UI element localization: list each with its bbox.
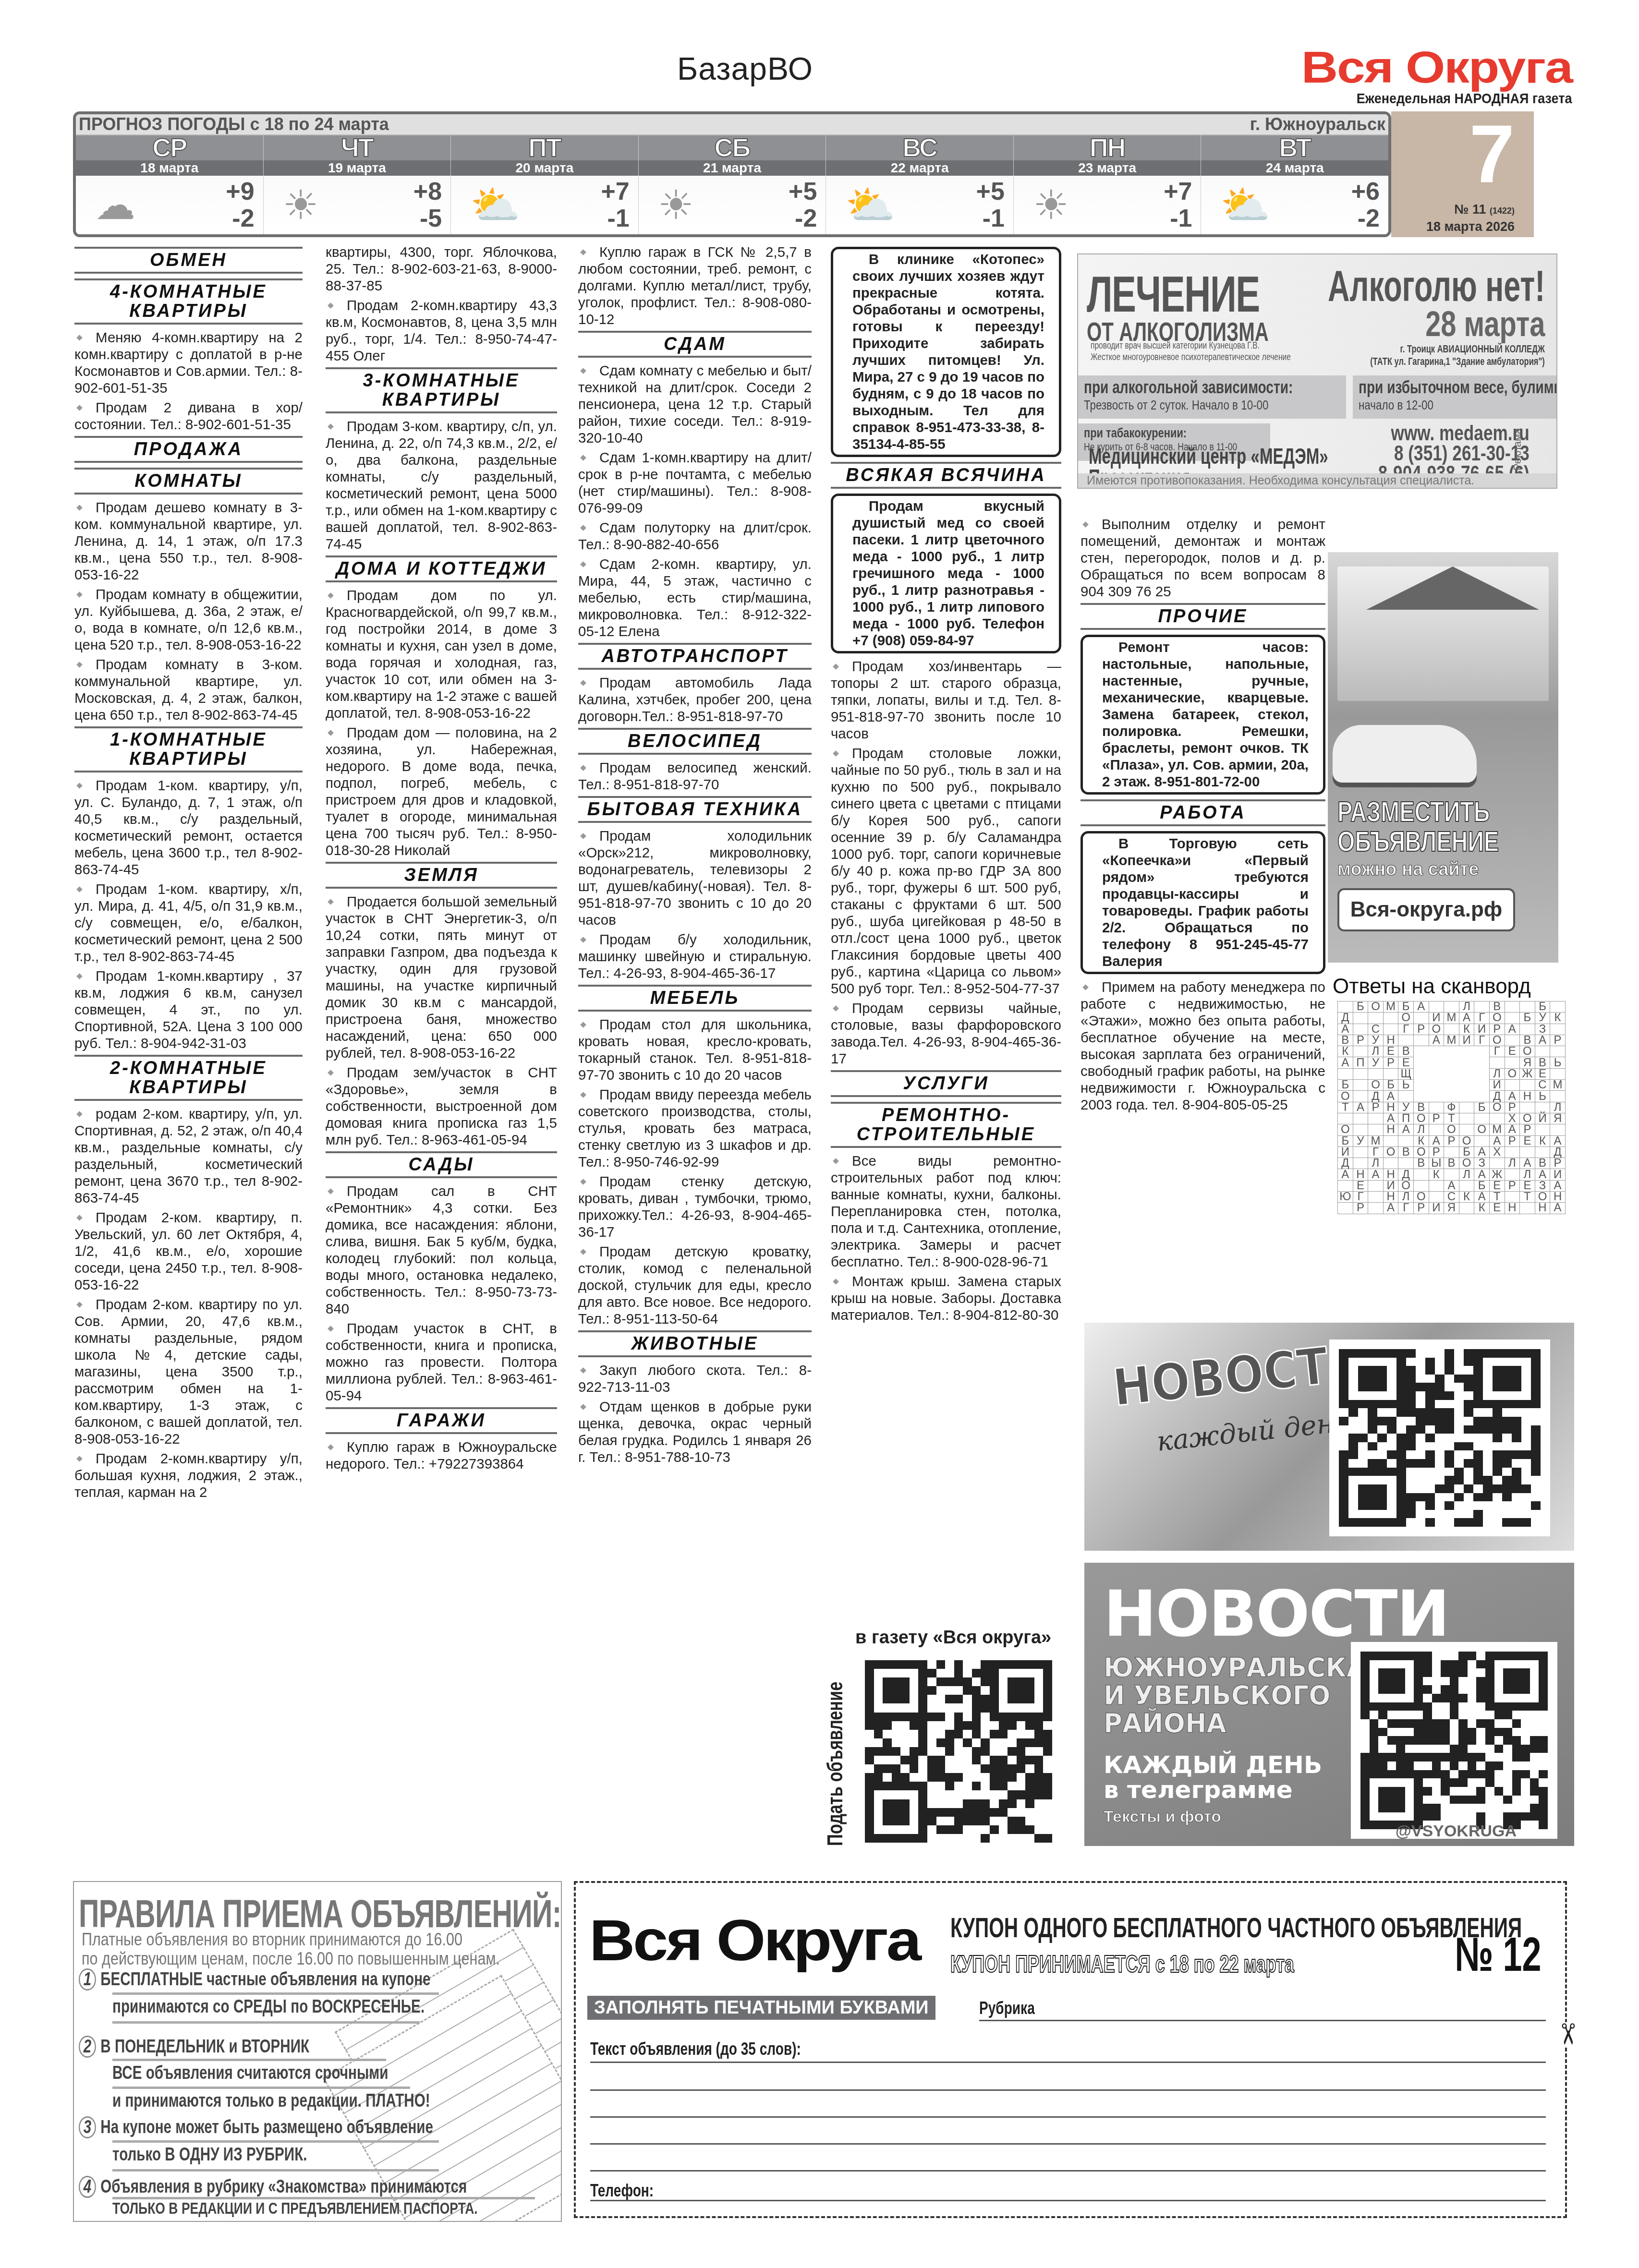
site-promo-ad[interactable]: РАЗМЕСТИТЬОБЪЯВЛЕНИЕ можно на сайте Вся-…: [1328, 552, 1558, 963]
scanword-cell: [1550, 1068, 1566, 1079]
scanword-cell: Н: [1383, 1102, 1398, 1113]
scanword-cell: Р: [1550, 1158, 1566, 1169]
scanword-cell: А: [1474, 1146, 1490, 1158]
scanword-cell: [1383, 1068, 1398, 1079]
scanword-cell: Л: [1459, 1001, 1474, 1013]
promo-site-button[interactable]: Вся-округа.рф: [1337, 888, 1515, 931]
scanword-cell: Б: [1353, 1001, 1368, 1013]
classified-ad: Продам сервизы чайные, столовые, вазы фа…: [831, 1000, 1061, 1067]
ad-text-label: Текст объявления (до 35 слов):: [590, 2039, 801, 2059]
rubric-heading: ОБМЕН: [74, 247, 303, 274]
weather-day: ЧТ 19 марта ☀ +8-5: [264, 135, 451, 234]
classified-ad: Продам дешево комнату в 3-ком. коммуналь…: [74, 499, 303, 583]
scanword-cell: [1413, 1057, 1429, 1068]
weekday: ВС: [826, 135, 1013, 160]
telegram-handle[interactable]: @VSYOKRUGA: [1396, 1822, 1517, 1841]
partly-cloudy-icon: ⛅: [470, 185, 521, 225]
scanword-cell: [1520, 1102, 1535, 1113]
scanword-cell: [1505, 1080, 1520, 1091]
temp-high: +5: [976, 178, 1005, 205]
scanword-cell: А: [1413, 1001, 1429, 1013]
scanword-cell: О: [1444, 1124, 1459, 1135]
coupon-logo: Вся Округа: [589, 1912, 920, 1969]
scanword-cell: [1474, 1135, 1490, 1146]
scanword-cell: В: [1535, 1158, 1550, 1169]
coupon-dates: КУПОН ПРИНИМАЕТСЯ с 18 по 22 марта: [950, 1950, 1294, 1978]
scanword-cell: Б: [1338, 1135, 1353, 1146]
scanword-cell: [1353, 1046, 1368, 1057]
scanword-cell: Й: [1535, 1113, 1550, 1124]
temp-high: +6: [1351, 178, 1380, 205]
sun-icon: ☀: [283, 185, 319, 225]
column-2: квартиры, 4300, торг. Яблочкова, 25. Тел…: [326, 244, 557, 1475]
scanword-cell: [1413, 1046, 1429, 1057]
classified-ad: Продам дом — половина, на 2 хозяина, ул.…: [326, 724, 557, 859]
weekday: ПН: [1014, 135, 1201, 160]
scanword-cell: [1444, 1024, 1459, 1035]
scanword-cell: [1505, 1035, 1520, 1046]
scanword-cell: М: [1444, 1035, 1459, 1046]
scanword-cell: [1413, 1035, 1429, 1046]
scanword-cell: О: [1459, 1158, 1474, 1169]
scanword-cell: Е: [1489, 1203, 1505, 1214]
scanword-cell: А: [1383, 1091, 1398, 1102]
ad-text-line[interactable]: [590, 2170, 1546, 2171]
qr-code-icon[interactable]: [855, 1651, 1062, 1852]
scanword-cell: О: [1489, 1035, 1505, 1046]
classified-ad: Сдам полуторку на длит/срок. Тел.: 8-90-…: [578, 519, 812, 553]
scanword-cell: [1489, 1113, 1505, 1124]
scanword-cell: Г: [1353, 1192, 1368, 1203]
scanword-cell: В: [1489, 1001, 1505, 1013]
weather-date: 24 марта: [1201, 160, 1388, 176]
scanword-cell: Н: [1550, 1192, 1566, 1203]
scanword-cell: Д: [1368, 1091, 1384, 1102]
scanword-cell: А: [1505, 1124, 1520, 1135]
scanword-cell: К: [1459, 1192, 1474, 1203]
weather-day: ПН 23 марта ☀ +7-1: [1014, 135, 1202, 234]
scanword-cell: Р: [1383, 1057, 1398, 1068]
scanword-cell: [1429, 1001, 1444, 1013]
classified-ad: Продам 2-комн.квартиру у/п, большая кухн…: [74, 1450, 303, 1501]
weekday: ПТ: [451, 135, 638, 160]
scanword-cell: У: [1368, 1035, 1384, 1046]
scanword-cell: Б: [1383, 1080, 1398, 1091]
rubric-label: Рубрика: [979, 1998, 1035, 2018]
scanword-cell: О: [1535, 1192, 1550, 1203]
weather-title: ПРОГНОЗ ПОГОДЫ с 18 по 24 марта: [79, 114, 389, 134]
scanword-cell: [1520, 1146, 1535, 1158]
scanword-cell: [1444, 1146, 1459, 1158]
scanword-cell: Н: [1383, 1124, 1398, 1135]
scanword-cell: О: [1459, 1135, 1474, 1146]
scanword-cell: В: [1535, 1057, 1550, 1068]
scanword-cell: И: [1383, 1180, 1398, 1191]
scanword-cell: [1459, 1080, 1474, 1091]
ad-text-line[interactable]: [590, 2062, 1546, 2063]
scanword-cell: Р: [1489, 1024, 1505, 1035]
weather-city: г. Южноуральск: [1250, 114, 1385, 134]
boxed-ad-watches: Ремонт часов: настольные, напольные, нас…: [1081, 635, 1325, 795]
weather-date: 19 марта: [264, 160, 451, 176]
scanword-cell: [1398, 1035, 1414, 1046]
scanword-cell: О: [1413, 1192, 1429, 1203]
brand-tagline: Еженедельная НАРОДНАЯ газета: [1356, 91, 1572, 107]
scanword-cell: [1353, 1113, 1368, 1124]
classified-ad: Продам 1-ком. квартиру, х/п, ул. Мира, д…: [74, 881, 303, 965]
scanword-cell: Р: [1368, 1102, 1384, 1113]
scanword-cell: Л: [1459, 1169, 1474, 1180]
classified-ad: Продам комнату в 3-ком. коммунальной ква…: [74, 656, 303, 724]
weather-forecast: ПРОГНОЗ ПОГОДЫ с 18 по 24 марта г. Южноу…: [73, 111, 1391, 237]
scanword-cell: [1550, 1124, 1566, 1135]
scanword-cell: К: [1413, 1135, 1429, 1146]
rubric-heading: ПРОЧИЕ: [1081, 603, 1325, 630]
rubric-heading: 2-КОМНАТНЫЕ КВАРТИРЫ: [74, 1055, 303, 1101]
rubric-field[interactable]: [979, 2020, 1546, 2021]
scanword-cell: К: [1338, 1046, 1353, 1057]
classified-ad: Примем на работу менеджера по работе с н…: [1081, 979, 1325, 1113]
scanword-cell: [1429, 1091, 1444, 1102]
scanword-cell: Я: [1444, 1203, 1459, 1214]
scanword-cell: О: [1413, 1113, 1429, 1124]
news-tagline: Тексты и фото: [1104, 1808, 1221, 1826]
scanword-cell: Т: [1520, 1192, 1535, 1203]
scanword-cell: И: [1474, 1024, 1490, 1035]
scanword-cell: О: [1398, 1180, 1414, 1191]
scanword-cell: О: [1368, 1080, 1384, 1091]
scanword-cell: Р: [1413, 1024, 1429, 1035]
temp-low: -1: [1164, 205, 1192, 232]
scanword-cell: Ю: [1338, 1192, 1353, 1203]
ad-label: Реклама: [1511, 428, 1524, 470]
classified-ad: Продам холодильник «Орск»212, микроволно…: [578, 828, 812, 929]
scanword-cell: [1429, 1124, 1444, 1135]
scanword-cell: Г: [1474, 1013, 1490, 1024]
scanword-cell: Т: [1444, 1113, 1459, 1124]
scanword-cell: [1338, 1113, 1353, 1124]
classified-ad: Продается большой земельный участок в СН…: [326, 893, 557, 1062]
classified-ad: Меняю 4-комн.квартиру на 2 комн.квартиру…: [74, 329, 303, 397]
weekday: СБ: [639, 135, 826, 160]
ad-text-line[interactable]: [590, 2089, 1546, 2091]
phone-field[interactable]: [590, 2200, 1546, 2201]
classified-ad: Сдам комнату с мебелью и быт/техникой на…: [578, 362, 812, 446]
scanword-cell: [1413, 1169, 1429, 1180]
scanword-cell: У: [1368, 1057, 1384, 1068]
scanword-cell: [1353, 1013, 1368, 1024]
scanword-cell: А: [1550, 1203, 1566, 1214]
classified-ad: Куплю гараж в ГСК № 2,5,7 в любом состоя…: [578, 244, 812, 328]
scanword-cell: Т: [1338, 1102, 1353, 1113]
scanword-cell: А: [1338, 1169, 1353, 1180]
classified-ad: Продам стенку детскую, кровать, диван , …: [578, 1173, 812, 1241]
scanword-cell: Ж: [1520, 1068, 1535, 1079]
classified-ad: Продам 2-ком. квартиру, п. Увельский, ул…: [74, 1209, 303, 1293]
ad-doctor: проводит врач высшей категории Кузнецова…: [1091, 340, 1291, 363]
scanword-cell: А: [1459, 1013, 1474, 1024]
scanword-cell: О: [1413, 1146, 1429, 1158]
scanword-cell: [1413, 1013, 1429, 1024]
telegram-news-ad[interactable]: НОВОСТИ ЮЖНОУРАЛЬСКА И УВЕЛЬСКОГО РАЙОНА…: [1084, 1563, 1574, 1846]
scanword-cell: [1353, 1080, 1368, 1091]
classified-ad: Сдам 2-комн. квартиру, ул. Мира, 44, 5 э…: [578, 556, 812, 640]
masthead: Вся Округа Еженедельная НАРОДНАЯ газета: [1333, 46, 1572, 107]
scanword-cell: [1550, 1091, 1566, 1102]
scanword-cell: [1444, 1091, 1459, 1102]
weather-day: ВС 22 марта ⛅ +5-1: [826, 135, 1014, 234]
classified-ad-continued: квартиры, 4300, торг. Яблочкова, 25. Тел…: [326, 244, 557, 294]
scanword-cell: [1459, 1068, 1474, 1079]
news-title: НОВОСТИ: [1104, 1577, 1449, 1651]
scanword-cell: [1368, 1180, 1384, 1191]
classified-ad: Продам столовые ложки, чайные по 50 руб.…: [831, 745, 1061, 997]
weather-day: ВТ 24 марта ⛅ +6-2: [1201, 135, 1388, 234]
scanword-cell: Г: [1489, 1046, 1505, 1057]
scanword-cell: К: [1429, 1169, 1444, 1180]
rubric-heading: АВТОТРАНСПОРТ: [578, 643, 812, 670]
classified-ad: Продам комнату в общежитии, ул. Куйбышев…: [74, 586, 303, 653]
scanword-cell: [1520, 1024, 1535, 1035]
temp-low: -2: [226, 205, 254, 232]
scanword-cell: [1338, 1068, 1353, 1079]
scanword-cell: [1459, 1124, 1474, 1135]
scanword-cell: Е: [1353, 1180, 1368, 1191]
scanword-cell: А: [1383, 1203, 1398, 1214]
scanword-cell: Е: [1520, 1180, 1535, 1191]
scanword-cell: Д: [1550, 1146, 1566, 1158]
scanword-cell: Е: [1505, 1046, 1520, 1057]
scanword-cell: Ж: [1489, 1169, 1505, 1180]
rule-item-cont: и принимаются только в редакции. ПЛАТНО!: [112, 2091, 430, 2111]
submit-ad-qr-block[interactable]: Подать объявление в газету «Вся округа»: [828, 1628, 1068, 1853]
scanword-cell: [1429, 1046, 1444, 1057]
classified-ad: Куплю гараж в Южноуральске недорого. Тел…: [326, 1439, 557, 1472]
scanword-cell: [1413, 1068, 1429, 1079]
temp-low: -2: [789, 205, 817, 232]
classified-ad: Сдам 1-комн.квартиру на длит/срок в р-не…: [578, 449, 812, 517]
scanword-cell: Р: [1353, 1035, 1368, 1046]
temp-low: -5: [413, 205, 442, 232]
promo-subtitle: можно на сайте: [1337, 859, 1479, 880]
scanword-cell: Я: [1550, 1113, 1566, 1124]
scanword-cell: А: [1338, 1024, 1353, 1035]
scanword-title: Ответы на сканворд: [1333, 975, 1531, 999]
classified-ad: Продам участок в СНТ, в собственности, к…: [326, 1320, 557, 1404]
rubric-heading: УСЛУГИ: [831, 1070, 1061, 1097]
scanword-cell: О: [1383, 1146, 1398, 1158]
rule-item-cont: только В ОДНУ ИЗ РУБРИК.: [112, 2145, 307, 2164]
scanword-cell: [1368, 1124, 1384, 1135]
scanword-cell: [1474, 1057, 1490, 1068]
news-subtitle: каждый день: [1155, 1406, 1350, 1458]
scanword-cell: Х: [1489, 1146, 1505, 1158]
scanword-cell: У: [1353, 1135, 1368, 1146]
scanword-cell: [1338, 1001, 1353, 1013]
scanword-cell: [1429, 1102, 1444, 1113]
scanword-cell: К: [1535, 1135, 1550, 1146]
scanword-cell: Ф: [1444, 1102, 1459, 1113]
scanword-cell: Н: [1520, 1091, 1535, 1102]
scanword-cell: [1550, 1001, 1566, 1013]
free-ad-coupon: Вся Округа КУПОН ОДНОГО БЕСПЛАТНОГО ЧАСТ…: [574, 1881, 1567, 2218]
scanword-cell: О: [1520, 1113, 1535, 1124]
scanword-cell: [1459, 1091, 1474, 1102]
scanword-cell: М: [1368, 1135, 1384, 1146]
classified-ad: Продам дом по ул. Красногвардейской, о/п…: [326, 587, 557, 722]
scanword-cell: [1459, 1180, 1474, 1191]
weekday: ВТ: [1201, 135, 1388, 160]
classified-ad: Продам детскую кроватку, столик, комод с…: [578, 1243, 812, 1327]
coupon-number: № 12: [1455, 1927, 1541, 1982]
rubric-heading: МЕБЕЛЬ: [578, 985, 812, 1012]
scanword-cell: [1505, 1001, 1520, 1013]
scanword-cell: А: [1398, 1124, 1414, 1135]
scanword-cell: [1550, 1024, 1566, 1035]
house-image: [1337, 567, 1549, 701]
medical-center-ad: ЛЕЧЕНИЕ ОТ АЛКОГОЛИЗМА проводит врач выс…: [1077, 253, 1557, 489]
scanword-cell: [1474, 1068, 1490, 1079]
ad-text-line[interactable]: [590, 2116, 1546, 2118]
scanword-cell: [1444, 1046, 1459, 1057]
scanword-cell: Л: [1368, 1046, 1384, 1057]
scanword-cell: [1535, 1124, 1550, 1135]
ad-website[interactable]: www. medaem.ru: [1378, 423, 1530, 444]
sun-icon: ☀: [658, 185, 694, 225]
scanword-cell: Л: [1368, 1158, 1384, 1169]
scanword-cell: О: [1429, 1024, 1444, 1035]
scanword-cell: [1535, 1046, 1550, 1057]
weather-date: 23 марта: [1014, 160, 1201, 176]
scanword-cell: Р: [1353, 1203, 1368, 1214]
scanword-cell: [1474, 1091, 1490, 1102]
scanword-cell: [1505, 1169, 1520, 1180]
weather-date: 18 марта: [76, 160, 263, 176]
scanword-cell: [1474, 1046, 1490, 1057]
rubric-heading: ЖИВОТНЫЕ: [578, 1330, 812, 1357]
scanword-cell: [1429, 1192, 1444, 1203]
scanword-cell: Л: [1520, 1169, 1535, 1180]
scanword-cell: А: [1383, 1113, 1398, 1124]
scanword-cell: О: [1398, 1013, 1414, 1024]
scanword-cell: Н: [1383, 1035, 1398, 1046]
ad-warning: Имеются противопоказания. Необходима кон…: [1078, 473, 1556, 488]
issue-total: (1422): [1490, 206, 1515, 216]
scanword-cell: [1353, 1146, 1368, 1158]
scanword-cell: В: [1338, 1035, 1353, 1046]
scanword-cell: Р: [1505, 1102, 1520, 1113]
scanword-cell: [1505, 1057, 1520, 1068]
ad-rules-box: ПРАВИЛА ПРИЕМА ОБЪЯВЛЕНИЙ: Платные объяв…: [73, 1881, 562, 2222]
rubric-heading: ВЕЛОСИПЕД: [578, 728, 812, 755]
car-image: [1333, 725, 1477, 783]
scanword-cell: П: [1398, 1113, 1414, 1124]
scanword-cell: [1444, 1169, 1459, 1180]
scanword-cell: М: [1489, 1124, 1505, 1135]
issue-info: № 11 (1422) 18 марта 2026: [1426, 202, 1515, 235]
telegram-qr-code-icon[interactable]: [1351, 1642, 1557, 1839]
classified-ad: Продам ввиду переезда мебель советского …: [578, 1086, 812, 1170]
scanword-cell: И: [1489, 1080, 1505, 1091]
scanword-cell: О: [1338, 1124, 1353, 1135]
scanword-cell: Б: [1535, 1001, 1550, 1013]
scanword-cell: А: [1353, 1102, 1368, 1113]
qr-code-icon[interactable]: [1329, 1339, 1550, 1536]
coupon-title: КУПОН ОДНОГО БЕСПЛАТНОГО ЧАСТНОГО ОБЪЯВЛ…: [950, 1912, 1522, 1944]
scanword-cell: М: [1444, 1013, 1459, 1024]
scanword-cell: Р: [1505, 1180, 1520, 1191]
rule-item-cont: ТОЛЬКО В РЕДАКЦИИ И С ПРЕДЪЯВЛЕНИЕМ ПАСП…: [112, 2199, 478, 2218]
scanword-cell: В: [1520, 1035, 1535, 1046]
column-4: В клинике «Котопес» своих лучших хозяев …: [831, 244, 1061, 1327]
scanword-cell: [1459, 1203, 1474, 1214]
scanword-cell: [1550, 1046, 1566, 1057]
scanword-cell: А: [1505, 1024, 1520, 1035]
scanword-cell: И: [1429, 1013, 1444, 1024]
weather-date: 22 марта: [826, 160, 1013, 176]
scanword-cell: [1429, 1057, 1444, 1068]
scanword-cell: Х: [1505, 1113, 1520, 1124]
weather-date: 20 марта: [451, 160, 638, 176]
scanword-cell: С: [1444, 1192, 1459, 1203]
ad-text-line[interactable]: [590, 2143, 1546, 2145]
scanword-cell: [1353, 1024, 1368, 1035]
scanword-cell: [1353, 1091, 1368, 1102]
ad-weight-block: при избыточном весе, булимии:начало в 12…: [1353, 375, 1557, 419]
temp-low: -1: [601, 205, 629, 232]
scanword-cell: С: [1368, 1024, 1384, 1035]
temp-high: +7: [601, 178, 629, 205]
scanword-cell: В: [1413, 1102, 1429, 1113]
classified-ad: Продам хоз/инвентарь — топоры 2 шт. стар…: [831, 658, 1061, 742]
scanword-cell: [1413, 1080, 1429, 1091]
rule-item: 3На купоне может быть размещено объявлен…: [79, 2116, 433, 2138]
scanword-cell: [1353, 1068, 1368, 1079]
sun-icon: ☀: [1033, 185, 1069, 225]
scanword-cell: Е: [1535, 1068, 1550, 1079]
scanword-cell: З: [1535, 1180, 1550, 1191]
temp-low: -1: [976, 205, 1005, 232]
scanword-cell: Д: [1398, 1169, 1414, 1180]
news-daily-ad[interactable]: НОВОСТИ каждый день: [1084, 1323, 1574, 1551]
scanword-cell: А: [1474, 1169, 1490, 1180]
classified-ad: Продам 2 дивана в хор/состоянии. Тел.: 8…: [74, 399, 303, 433]
scanword-cell: [1444, 1068, 1459, 1079]
scanword-cell: Е: [1489, 1180, 1505, 1191]
scanword-cell: [1398, 1091, 1414, 1102]
scanword-cell: В: [1398, 1146, 1414, 1158]
rubric-heading: СДАМ: [578, 331, 812, 358]
scanword-cell: А: [1444, 1180, 1459, 1191]
classified-ad: Выполним отделку и ремонт помещений, дем…: [1081, 516, 1325, 600]
scanword-cell: А: [1550, 1135, 1566, 1146]
scanword-cell: [1429, 1080, 1444, 1091]
scanword-cell: Н: [1505, 1203, 1520, 1214]
scanword-cell: [1505, 1192, 1520, 1203]
scanword-cell: А: [1489, 1135, 1505, 1146]
scanword-cell: Р: [1505, 1135, 1520, 1146]
column-5: Выполним отделку и ремонт помещений, дем…: [1081, 516, 1325, 1116]
rule-item: 2В ПОНЕДЕЛЬНИК и ВТОРНИК: [79, 2036, 309, 2058]
rubric-heading: РЕМОНТНО-СТРОИТЕЛЬНЫЕ: [831, 1102, 1061, 1148]
scanword-cell: К: [1459, 1024, 1474, 1035]
scanword-cell: А: [1429, 1035, 1444, 1046]
scanword-cell: Л: [1550, 1102, 1566, 1113]
rubric-heading: ПРОДАЖА: [74, 436, 303, 463]
scanword-cell: [1413, 1091, 1429, 1102]
rubric-heading: ДОМА И КОТТЕДЖИ: [326, 555, 557, 582]
scanword-cell: Б: [1474, 1180, 1490, 1191]
